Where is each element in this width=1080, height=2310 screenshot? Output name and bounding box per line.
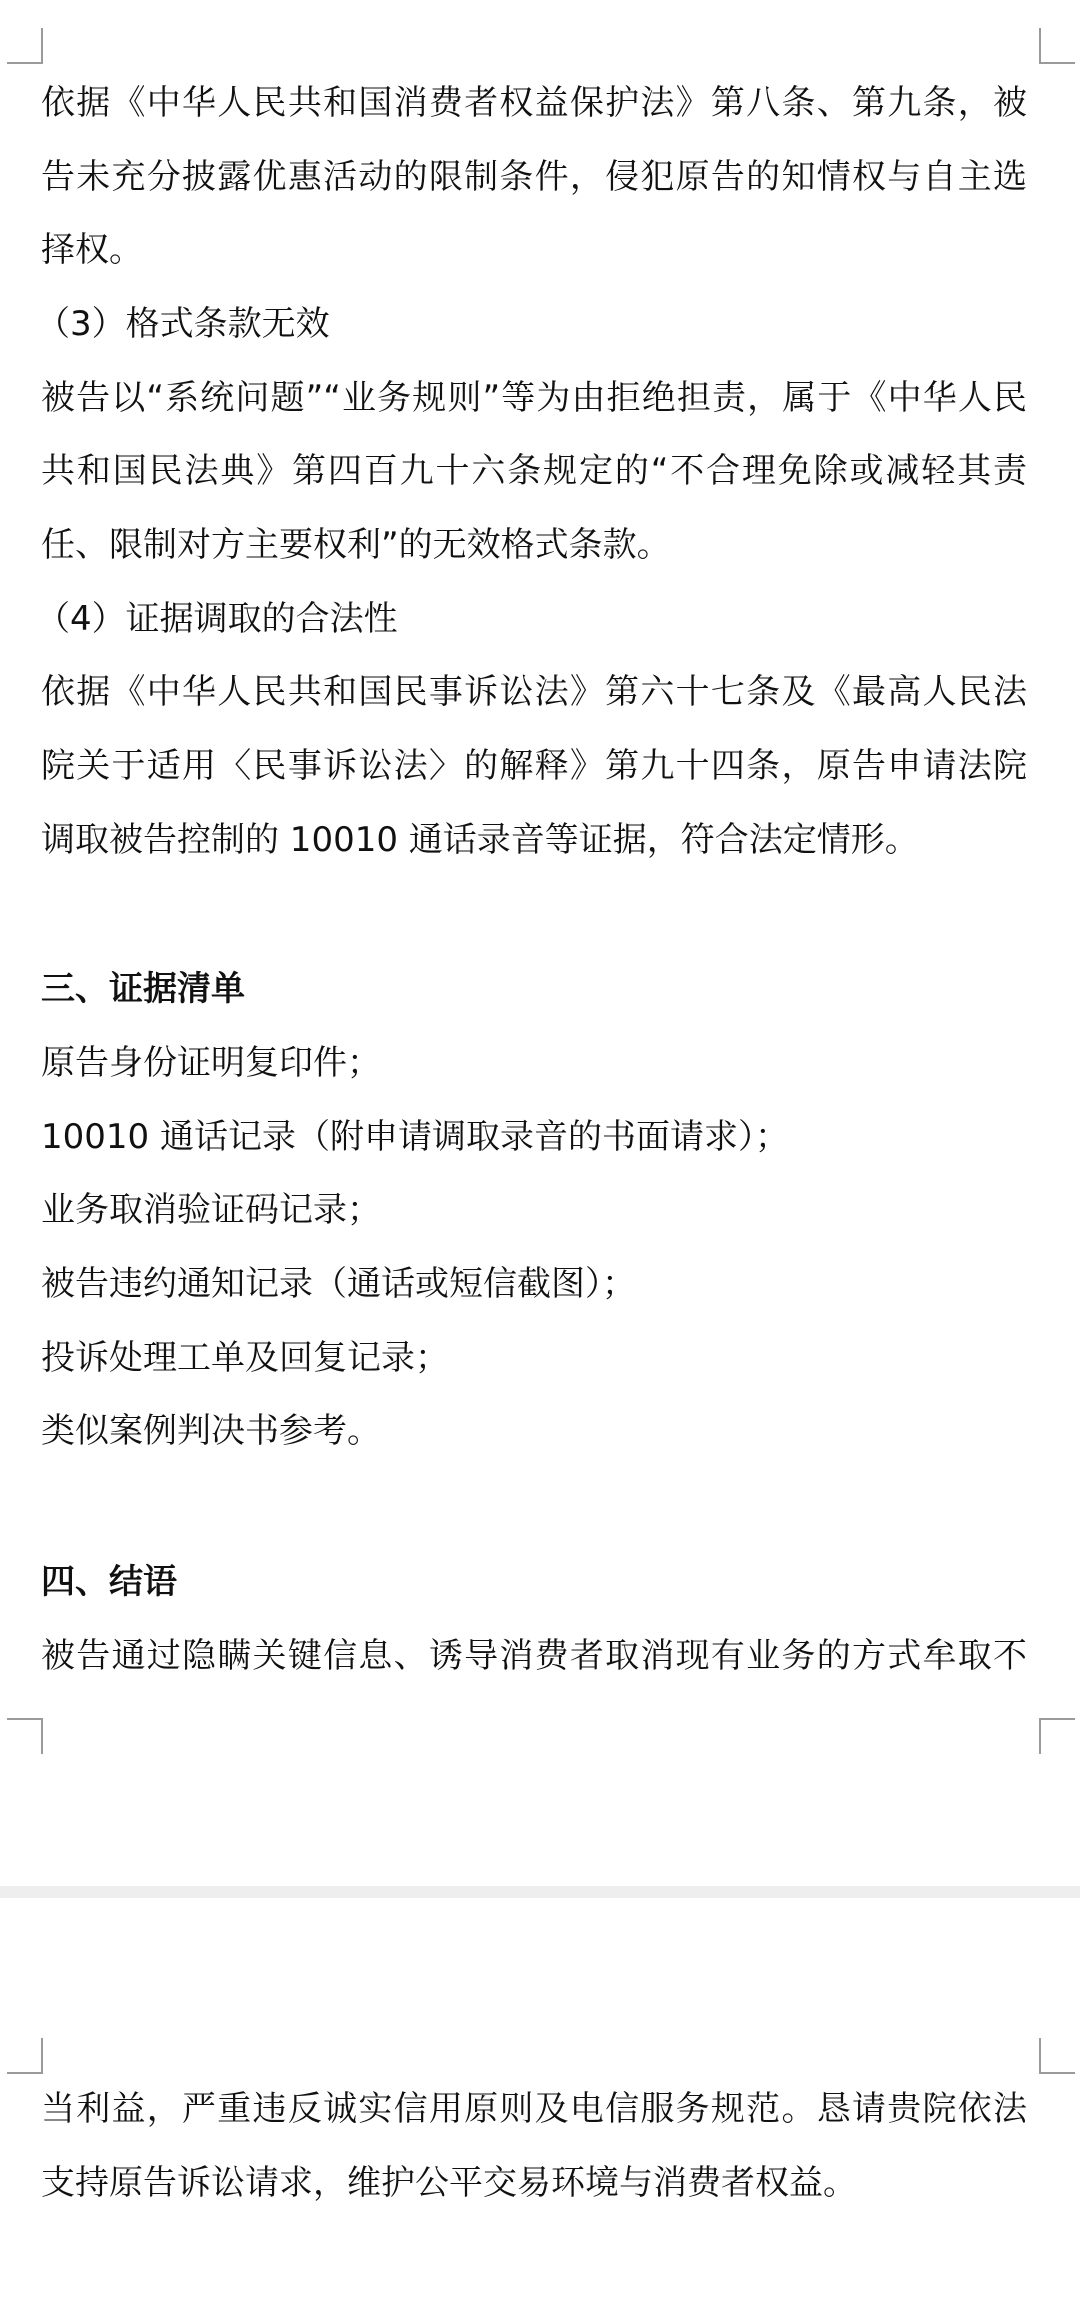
evidence-item: 投诉处理工单及回复记录； [41, 1333, 1027, 1383]
page-separator [0, 1886, 1080, 1898]
evidence-item: 业务取消验证码记录； [41, 1185, 1027, 1235]
page-corner-mark-bottom-left [7, 1718, 43, 1754]
paragraph-line: 院关于适用〈民事诉讼法〉的解释》第九十四条，原告申请法院 [41, 741, 1027, 791]
section-heading-evidence-list: 三、证据清单 [41, 964, 1027, 1014]
evidence-item: 类似案例判决书参考。 [41, 1406, 1027, 1456]
evidence-item: 10010 通话记录（附申请调取录音的书面请求）； [41, 1112, 1027, 1162]
page-corner-mark-top-right [1039, 2038, 1075, 2074]
paragraph-line: 任、限制对方主要权利”的无效格式条款。 [41, 520, 1027, 570]
page-corner-mark-top-left [7, 28, 43, 64]
paragraph-line: 依据《中华人民共和国民事诉讼法》第六十七条及《最高人民法 [41, 667, 1027, 717]
subheading-4: （4）证据调取的合法性 [36, 594, 1022, 644]
paragraph-line: 共和国民法典》第四百九十六条规定的“不合理免除或减轻其责 [41, 446, 1027, 496]
page-corner-mark-bottom-right [1039, 1718, 1075, 1754]
paragraph-line: 当利益，严重违反诚实信用原则及电信服务规范。恳请贵院依法 [41, 2084, 1027, 2134]
paragraph-line: 支持原告诉讼请求，维护公平交易环境与消费者权益。 [41, 2158, 1027, 2208]
paragraph-line: 择权。 [41, 225, 1027, 275]
evidence-item: 被告违约通知记录（通话或短信截图）； [41, 1259, 1027, 1309]
paragraph-line: 调取被告控制的 10010 通话录音等证据，符合法定情形。 [41, 815, 1027, 865]
paragraph-line: 被告通过隐瞒关键信息、诱导消费者取消现有业务的方式牟取不 [41, 1631, 1027, 1681]
page-corner-mark-top-right [1039, 28, 1075, 64]
evidence-item: 原告身份证明复印件； [41, 1038, 1027, 1088]
subheading-3: （3）格式条款无效 [36, 299, 1022, 349]
page-corner-mark-top-left [7, 2038, 43, 2074]
paragraph-line: 被告以“系统问题”“业务规则”等为由拒绝担责，属于《中华人民 [41, 373, 1027, 423]
paragraph-line: 依据《中华人民共和国消费者权益保护法》第八条、第九条，被 [41, 78, 1027, 128]
paragraph-line: 告未充分披露优惠活动的限制条件，侵犯原告的知情权与自主选 [41, 152, 1027, 202]
section-heading-conclusion: 四、结语 [41, 1557, 1027, 1607]
